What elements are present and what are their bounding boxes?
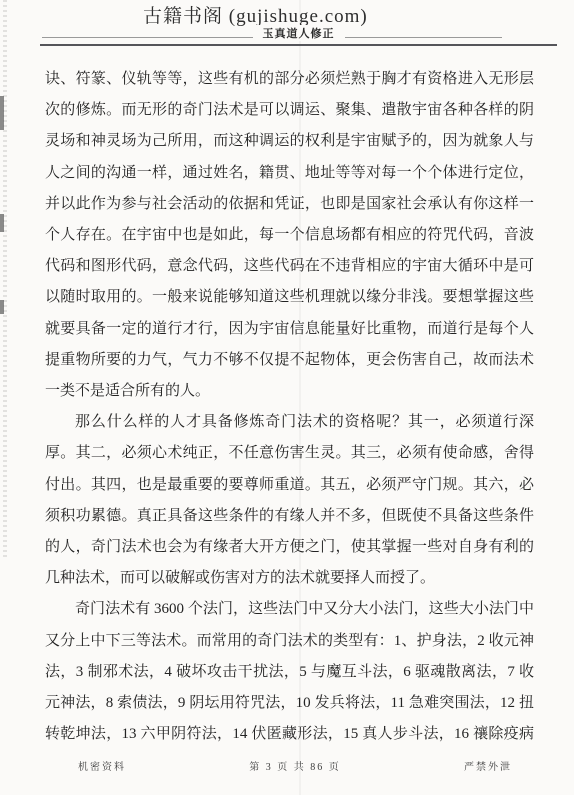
- body-text: 诀、符篆、仪轨等等，这些有机的部分必须烂熟于胸才有资格进入无形层次的修炼。而无形…: [45, 64, 534, 756]
- page-footer: 机密资料 第 3 页 共 86 页 严禁外泄: [78, 758, 512, 773]
- footer-warning-label: 严禁外泄: [464, 758, 512, 773]
- body-paragraph: 奇门法术有 3600 个法门，这些法门中又分大小法门，这些大小法门中又分上中下三…: [45, 594, 534, 756]
- running-header: 玉真道人修正: [40, 24, 557, 42]
- footer-classification-label: 机密资料: [78, 758, 126, 773]
- footer-page-number: 第 3 页 共 86 页: [249, 758, 341, 773]
- body-paragraph: 诀、符篆、仪轨等等，这些有机的部分必须烂熟于胸才有资格进入无形层次的修炼。而无形…: [45, 64, 534, 407]
- scan-artifact-mark: [0, 96, 4, 130]
- body-paragraph: 那么什么样的人才具备修炼奇门法术的资格呢？其一，必须道行深厚。其二，必须心术纯正…: [45, 407, 534, 594]
- header-rule-thick: [40, 44, 557, 46]
- scan-artifact-mark: [0, 214, 4, 232]
- header-title: 玉真道人修正: [253, 25, 345, 41]
- scan-artifact-binding-strip: [3, 0, 7, 560]
- scanned-document-page: 古籍书阁 (gujishuge.com) 玉真道人修正 诀、符篆、仪轨等等，这些…: [0, 0, 574, 795]
- scan-artifact-mark: [0, 300, 4, 314]
